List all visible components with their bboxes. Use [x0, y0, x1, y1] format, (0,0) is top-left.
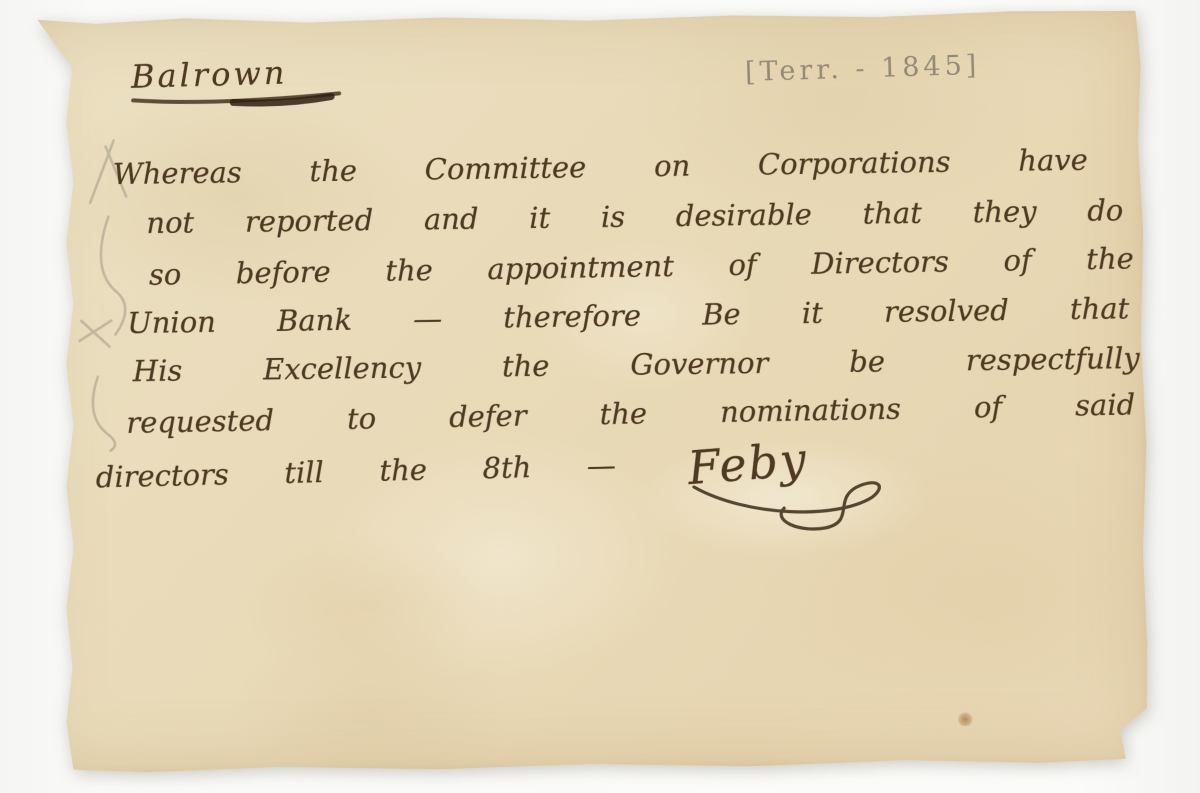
signature-flourish: [676, 475, 917, 537]
paper-wrapper: Balrown [Terr. - 1845] Whereas the Commi…: [28, 5, 1151, 776]
handwritten-line-1: Whereas the Committee on Corporations ha…: [113, 139, 1089, 196]
handwritten-line-2: not reported and it is desirable that th…: [146, 189, 1123, 244]
archival-date-annotation: [Terr. - 1845]: [745, 50, 981, 88]
handwritten-line-7: directors till the 8th — Feby: [96, 439, 937, 537]
docket-underline: [125, 88, 355, 110]
handwritten-line-3: so before the appointment of Directors o…: [149, 237, 1135, 295]
handwritten-line-6: requested to defer the nominations of sa…: [126, 383, 1136, 444]
line-7-text: directors till the 8th —: [95, 448, 616, 494]
document-scan: Balrown [Terr. - 1845] Whereas the Commi…: [0, 0, 1200, 793]
handwritten-line-5: His Excellency the Governor be respectfu…: [133, 337, 1140, 392]
foxing-spot: [957, 712, 973, 726]
water-stain: [233, 531, 494, 683]
handwritten-line-4: Union Bank — therefore Be it resolved th…: [127, 287, 1130, 344]
paper-sheet: Balrown [Terr. - 1845] Whereas the Commi…: [28, 5, 1151, 776]
